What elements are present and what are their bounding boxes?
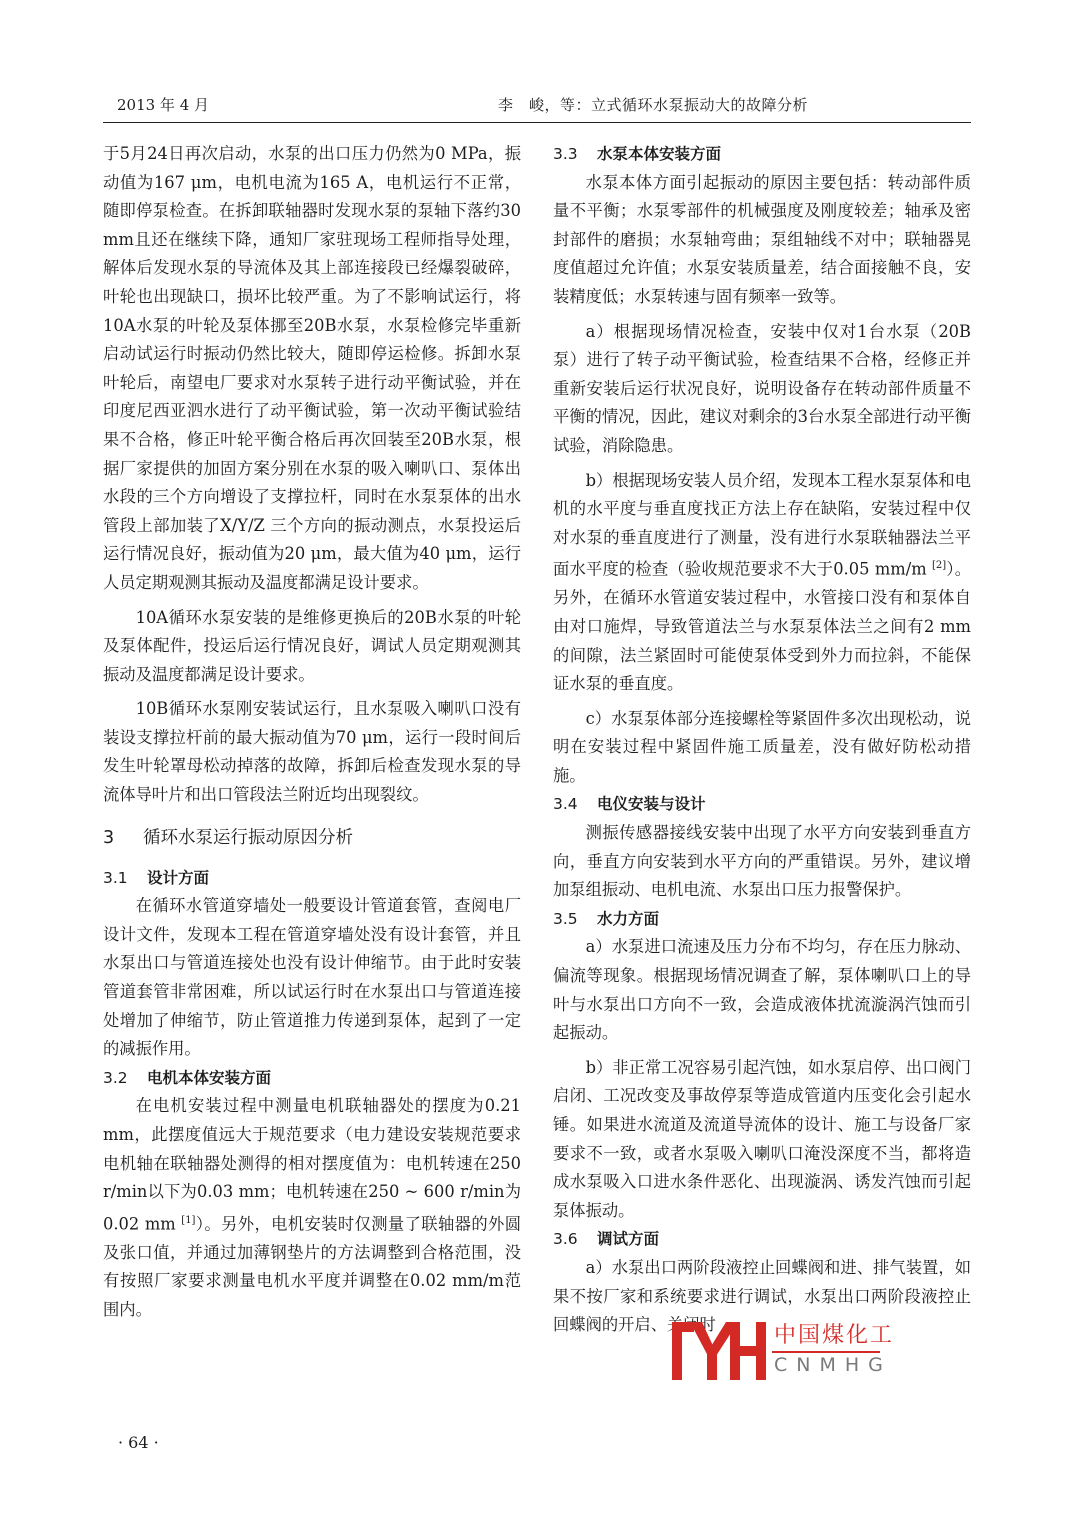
citation-ref[interactable]: [2]	[932, 560, 946, 571]
page-number: · 64 ·	[118, 1433, 159, 1452]
subsection-heading-3-4: 3.4电仪安装与设计	[553, 790, 971, 819]
running-title: 李 峻，等：立式循环水泵振动大的故障分析	[498, 94, 808, 115]
subsection-title: 电机本体安装方面	[147, 1069, 271, 1087]
paragraph: 水泵本体方面引起振动的原因主要包括：转动部件质量不平衡；水泵零部件的机械强度及刚…	[553, 169, 971, 312]
section-title: 循环水泵运行振动原因分析	[143, 828, 353, 848]
text-run: b）根据现场安装人员介绍，发现本工程水泵泵体和电机的水平度与垂直度找正方法上存在…	[553, 471, 971, 579]
subsection-number: 3.4	[553, 790, 597, 819]
subsection-number: 3.3	[553, 140, 597, 169]
subsection-title: 调试方面	[597, 1230, 659, 1248]
paragraph: b）根据现场安装人员介绍，发现本工程水泵泵体和电机的水平度与垂直度找正方法上存在…	[553, 467, 971, 699]
paragraph: b）非正常工况容易引起汽蚀，如水泵启停、出口阀门启闭、工况改变及事故停泵等造成管…	[553, 1054, 971, 1226]
subsection-number: 3.2	[103, 1064, 147, 1093]
subsection-number: 3.5	[553, 905, 597, 934]
paragraph: a）水泵进口流速及压力分布不均匀，存在压力脉动、偏流等现象。根据现场情况调查了解…	[553, 933, 971, 1047]
subsection-title: 水泵本体安装方面	[597, 145, 721, 163]
subsection-heading-3-1: 3.1设计方面	[103, 864, 521, 893]
subsection-title: 设计方面	[147, 869, 209, 887]
watermark-english: CNMHG	[774, 1354, 892, 1376]
section-heading-3: 3循环水泵运行振动原因分析	[103, 824, 521, 852]
paragraph: 测振传感器接线安装中出现了水平方向安装到垂直方向，垂直方向安装到水平方向的严重错…	[553, 819, 971, 905]
subsection-heading-3-3: 3.3水泵本体安装方面	[553, 140, 971, 169]
running-header: 2013 年 4 月 李 峻，等：立式循环水泵振动大的故障分析	[103, 88, 971, 123]
issue-date: 2013 年 4 月	[117, 94, 209, 115]
paragraph: 在循环水管道穿墙处一般要设计管道套管，查阅电厂设计文件，发现本工程在管道穿墙处没…	[103, 892, 521, 1064]
paragraph: a）水泵出口两阶段液控止回蝶阀和进、排气装置，如果不按厂家和系统要求进行调试，水…	[553, 1254, 971, 1340]
citation-ref[interactable]: [1]	[181, 1215, 195, 1226]
paragraph: c）水泵泵体部分连接螺栓等紧固件多次出现松动，说明在安装过程中紧固件施工质量差，…	[553, 705, 971, 791]
paragraph: 在电机安装过程中测量电机联轴器处的摆度为0.21 mm，此摆度值远大于规范要求（…	[103, 1092, 521, 1324]
text-run: 在电机安装过程中测量电机联轴器处的摆度为0.21 mm，此摆度值远大于规范要求（…	[103, 1096, 521, 1233]
subsection-heading-3-5: 3.5水力方面	[553, 905, 971, 934]
subsection-number: 3.6	[553, 1225, 597, 1254]
subsection-title: 水力方面	[597, 910, 659, 928]
text-run: ）。另外，在循环水管道安装过程中，水管接口没有和泵体自由对口施焊，导致管道法兰与…	[553, 560, 971, 693]
subsection-heading-3-2: 3.2电机本体安装方面	[103, 1064, 521, 1093]
right-column: 3.3水泵本体安装方面 水泵本体方面引起振动的原因主要包括：转动部件质量不平衡；…	[553, 140, 971, 1340]
watermark-divider	[772, 1351, 880, 1353]
subsection-number: 3.1	[103, 864, 147, 893]
left-column: 于5月24日再次启动，水泵的出口压力仍然为0 MPa，振动值为167 μm，电机…	[103, 140, 521, 1325]
paragraph: 10A循环水泵安装的是维修更换后的20B水泵的叶轮及泵体配件，投运后运行情况良好…	[103, 604, 521, 690]
subsection-heading-3-6: 3.6调试方面	[553, 1225, 971, 1254]
subsection-title: 电仪安装与设计	[597, 795, 706, 813]
paragraph: 于5月24日再次启动，水泵的出口压力仍然为0 MPa，振动值为167 μm，电机…	[103, 140, 521, 598]
paragraph: a）根据现场情况检查，安装中仅对1台水泵（20B泵）进行了转子动平衡试验，检查结…	[553, 318, 971, 461]
section-number: 3	[103, 824, 143, 852]
paragraph: 10B循环水泵刚安装试运行，且水泵吸入喇叭口没有装设支撑拉杆前的最大振动值为70…	[103, 695, 521, 809]
